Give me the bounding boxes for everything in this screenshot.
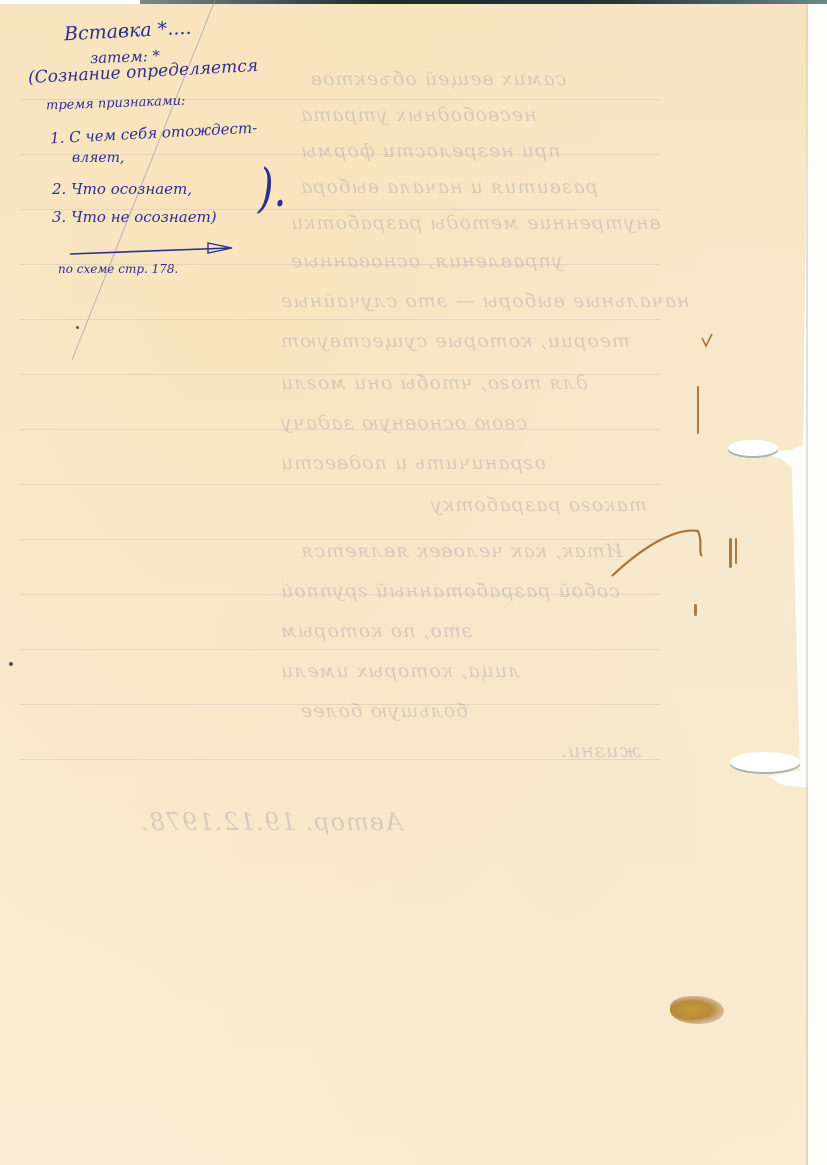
- pencil-marks: [0, 0, 827, 1165]
- paper-tear: [730, 752, 800, 772]
- note-line: вляет,: [72, 150, 124, 166]
- closing-paren: ).: [258, 159, 286, 219]
- brown-mark: [694, 604, 697, 616]
- note-line: 3. Что не осознает): [52, 208, 217, 226]
- stain: [670, 996, 724, 1024]
- note-line: по схеме стр. 178.: [58, 262, 178, 276]
- brown-mark: [697, 386, 699, 434]
- note-line: 2. Что осознает,: [52, 180, 192, 198]
- speck: [9, 662, 13, 666]
- brown-mark: [729, 538, 732, 568]
- speck: [76, 326, 79, 329]
- brown-mark: [735, 538, 737, 564]
- paper-tear: [728, 440, 778, 456]
